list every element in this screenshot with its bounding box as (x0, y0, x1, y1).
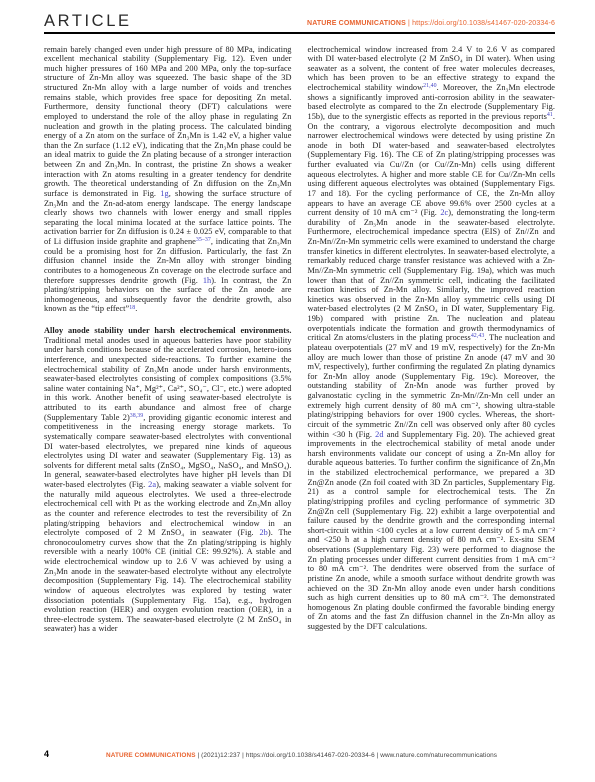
figure-link[interactable]: 2a (148, 480, 156, 489)
text-run: . On the contrary, a vigorous electrolyt… (308, 112, 556, 217)
text-run: ). The chronocoulometry curves show that… (44, 528, 292, 633)
footer-journal-name[interactable]: NATURE COMMUNICATIONS (106, 752, 196, 759)
figure-link[interactable]: 2d (375, 430, 383, 439)
two-column-body: remain barely changed even under high pr… (44, 45, 555, 635)
text-run: . The nucleation and plateau overpotenti… (308, 333, 556, 438)
column-right: electrochemical window increased from 2.… (308, 45, 556, 635)
paper-page: ARTICLE NATURE COMMUNICATIONS | https://… (0, 0, 595, 782)
reference-superscript-link[interactable]: 41 (547, 112, 553, 118)
text-run: , providing gigantic economic interest a… (44, 413, 292, 489)
paragraph: remain barely changed even under high pr… (44, 45, 292, 315)
section-heading: Alloy anode stability under harsh electr… (44, 326, 292, 335)
page-number: 4 (44, 749, 49, 759)
text-run: Traditional metal anodes used in aqueous… (44, 336, 292, 422)
paragraph: electrochemical window increased from 2.… (308, 45, 556, 632)
reference-superscript-link[interactable]: 35–37 (196, 237, 211, 243)
journal-doi-link[interactable]: NATURE COMMUNICATIONS | https://doi.org/… (307, 20, 555, 30)
paragraph: Alloy anode stability under harsh electr… (44, 326, 292, 634)
text-run: remain barely changed even under high pr… (44, 45, 292, 198)
footer-citation-text[interactable]: | (2021)12:237 | https://doi.org/10.1038… (196, 752, 497, 759)
article-type-label: ARTICLE (44, 13, 132, 30)
reference-superscript-link[interactable]: 42,43 (471, 333, 485, 339)
figure-link[interactable]: 1h (203, 276, 211, 285)
doi-text[interactable]: | https://doi.org/10.1038/s41467-020-203… (406, 20, 555, 27)
footer-citation-line[interactable]: NATURE COMMUNICATIONS | (2021)12:237 | h… (106, 752, 497, 759)
figure-link[interactable]: 1g (160, 189, 168, 198)
figure-link[interactable]: 2b (259, 528, 267, 537)
reference-superscript-link[interactable]: 18 (129, 305, 135, 311)
text-run: ), demonstrating the long-term durabilit… (308, 208, 556, 342)
reference-superscript-link[interactable]: 21,40 (423, 83, 437, 89)
text-run: . (135, 304, 137, 313)
page-footer: 4 NATURE COMMUNICATIONS | (2021)12:237 |… (44, 749, 555, 759)
text-run: and Supplementary Fig. 20). The achieved… (308, 430, 556, 632)
reference-superscript-link[interactable]: 38,39 (130, 413, 144, 419)
journal-name[interactable]: NATURE COMMUNICATIONS (307, 20, 406, 27)
page-header: ARTICLE NATURE COMMUNICATIONS | https://… (44, 13, 555, 34)
column-left: remain barely changed even under high pr… (44, 45, 292, 635)
